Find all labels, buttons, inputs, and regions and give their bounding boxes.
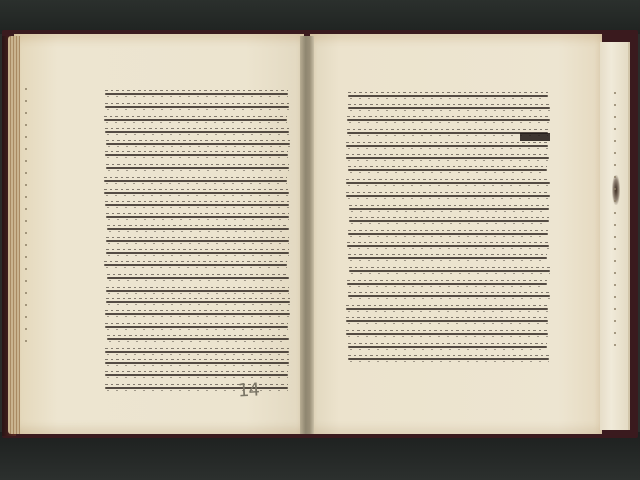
gutter <box>300 36 314 434</box>
text-line <box>105 313 289 315</box>
pricking-mark <box>614 260 616 262</box>
pricking-mark <box>25 136 27 138</box>
pricking-mark <box>25 340 27 342</box>
pricking-mark <box>25 328 27 330</box>
pricking-mark <box>614 284 616 286</box>
pricking-mark <box>25 184 27 186</box>
pricking-mark <box>25 256 27 258</box>
pricking-mark <box>25 160 27 162</box>
pricking-mark <box>25 280 27 282</box>
text-line <box>348 233 548 235</box>
decorated-heading-word <box>520 133 550 141</box>
text-line <box>348 257 547 259</box>
text-line <box>104 180 287 182</box>
pricking-mark <box>25 268 27 270</box>
text-line <box>106 301 290 303</box>
text-line <box>105 326 288 328</box>
text-line <box>348 107 550 109</box>
pricking-mark <box>25 220 27 222</box>
text-line <box>105 374 288 376</box>
pricking-mark <box>614 116 616 118</box>
pricking-mark <box>25 292 27 294</box>
text-line <box>106 143 290 145</box>
text-line <box>104 119 287 121</box>
pricking-mark <box>25 208 27 210</box>
text-line <box>106 167 289 169</box>
text-line <box>105 131 289 133</box>
pricking-mark <box>614 332 616 334</box>
text-line <box>107 228 289 230</box>
pricking-mark <box>614 272 616 274</box>
text-line <box>348 95 548 97</box>
text-line <box>348 295 550 297</box>
pricking-mark <box>614 296 616 298</box>
pricking-mark <box>614 140 616 142</box>
text-line <box>349 220 549 222</box>
left-page-edges <box>8 36 20 434</box>
pricking-mark <box>614 344 616 346</box>
text-line <box>107 277 289 279</box>
text-line <box>348 169 547 171</box>
background-bottom <box>0 432 640 480</box>
text-line <box>105 362 288 364</box>
text-line <box>346 157 549 159</box>
pricking-mark <box>25 304 27 306</box>
pricking-mark <box>614 248 616 250</box>
text-line <box>347 283 547 285</box>
pricking-mark <box>25 244 27 246</box>
pricking-mark <box>25 148 27 150</box>
pricking-mark <box>614 164 616 166</box>
background-top <box>0 0 640 34</box>
text-line <box>346 145 547 147</box>
pricking-mark <box>614 188 616 190</box>
text-line <box>105 204 289 206</box>
pricking-mark <box>614 128 616 130</box>
pricking-mark <box>614 224 616 226</box>
pricking-mark <box>614 176 616 178</box>
text-line <box>349 208 549 210</box>
text-line <box>105 351 288 353</box>
text-line <box>347 245 549 247</box>
pricking-mark <box>25 316 27 318</box>
pricking-mark <box>614 236 616 238</box>
text-line <box>107 338 289 340</box>
pricking-mark <box>614 92 616 94</box>
text-line <box>106 216 289 218</box>
text-line <box>349 270 550 272</box>
pricking-mark <box>614 152 616 154</box>
pricking-mark <box>25 112 27 114</box>
text-line <box>104 192 288 194</box>
text-line <box>106 240 289 242</box>
pricking-mark <box>614 200 616 202</box>
folio-number: 14 <box>237 379 259 401</box>
pricking-mark <box>25 124 27 126</box>
text-line <box>346 333 547 335</box>
pricking-mark <box>25 100 27 102</box>
text-line <box>106 290 289 292</box>
text-line <box>347 119 550 121</box>
pricking-mark <box>614 212 616 214</box>
pricking-mark <box>25 172 27 174</box>
pricking-mark <box>614 308 616 310</box>
pricking-mark <box>25 196 27 198</box>
pricking-mark <box>25 232 27 234</box>
pricking-mark <box>614 320 616 322</box>
pricking-mark <box>25 88 27 90</box>
pricking-mark <box>614 104 616 106</box>
text-line <box>348 346 548 348</box>
text-line <box>346 182 549 184</box>
text-line <box>105 106 289 108</box>
